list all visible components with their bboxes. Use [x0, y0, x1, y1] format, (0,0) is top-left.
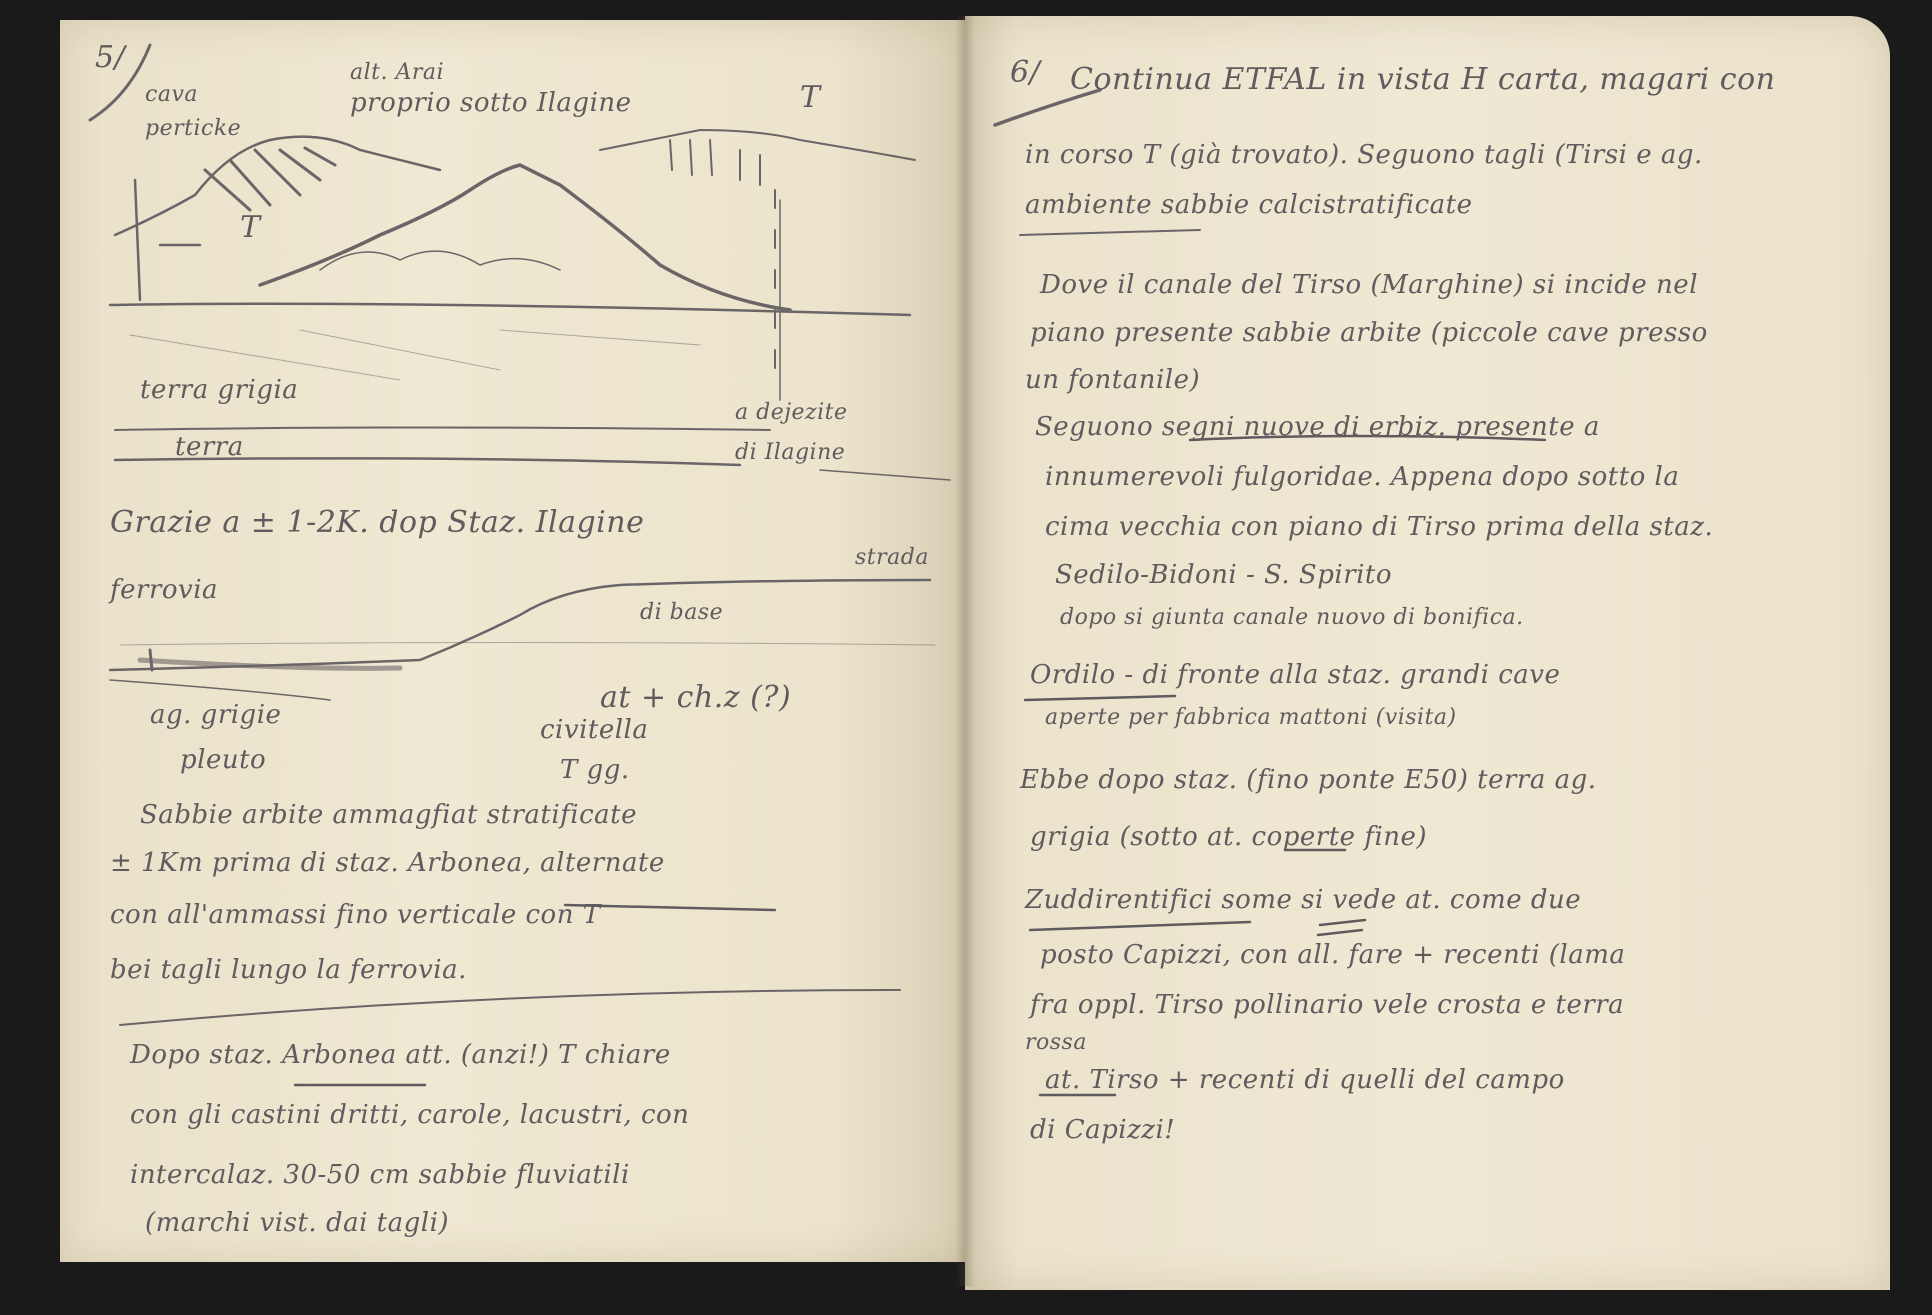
- underline-marks: [0, 0, 1932, 1315]
